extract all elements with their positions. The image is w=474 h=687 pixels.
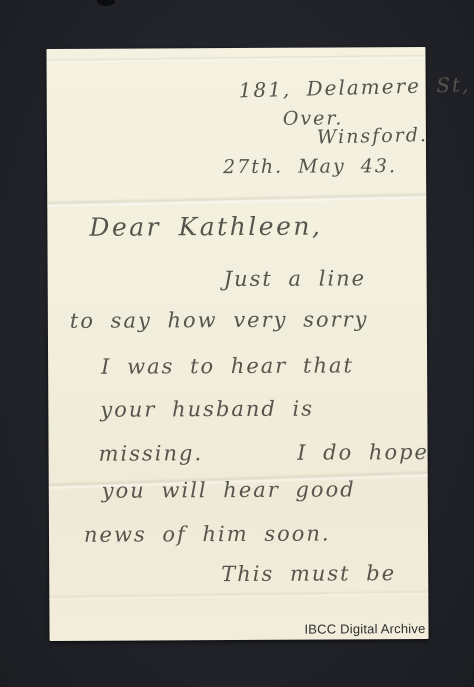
scanned-letter-page: { "colors": { "background": "#22242a", "…: [0, 0, 474, 687]
fold-crease: [49, 589, 428, 600]
salutation: Dear Kathleen,: [89, 214, 322, 240]
address-line-3: Winsford.: [317, 126, 428, 148]
body-line: you will hear good: [102, 479, 356, 501]
body-line: to say how very sorry: [70, 309, 369, 332]
body-line: Just a line: [224, 268, 367, 290]
body-line: your husband is: [100, 399, 314, 421]
body-line: I was to hear that: [101, 355, 354, 377]
body-line: news of him soon.: [84, 524, 331, 546]
fold-crease: [46, 55, 425, 65]
body-line: This must be: [221, 563, 396, 585]
date-line: 27th. May 43.: [223, 157, 397, 177]
archive-watermark: IBCC Digital Archive: [304, 621, 425, 637]
scan-artifact: [97, 0, 115, 6]
address-line-1: 181, Delamere St,: [238, 74, 470, 100]
letter-paper: 181, Delamere St, Over. Winsford. 27th. …: [46, 47, 428, 641]
body-line: missing. I do hope: [99, 442, 429, 465]
fold-crease: [47, 192, 426, 209]
